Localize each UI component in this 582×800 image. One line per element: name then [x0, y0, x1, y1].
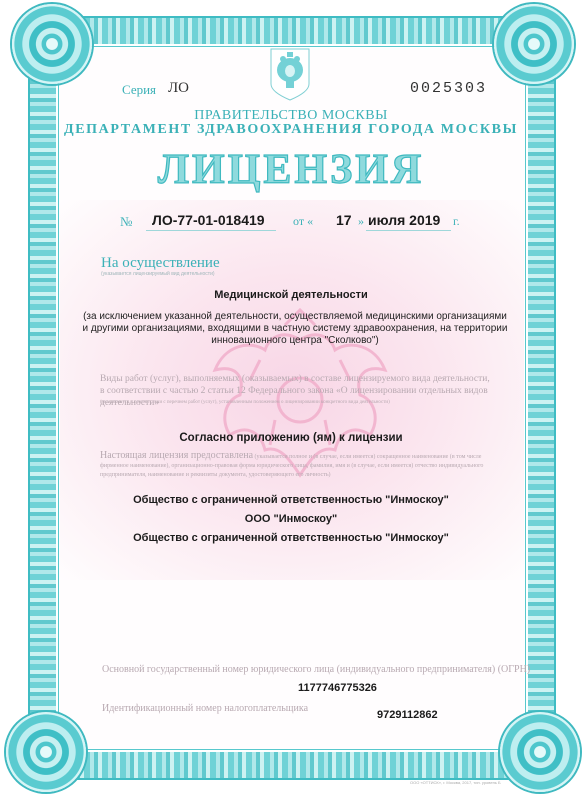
- license-title: ЛИЦЕНЗИЯ: [0, 146, 582, 194]
- inn-label: Идентификационный номер налогоплательщик…: [102, 703, 308, 714]
- activity-caption: (указывается лицензируемый вид деятельно…: [101, 271, 215, 277]
- org-short-name: ООО "Инмоскоу": [0, 513, 582, 525]
- issued-lead: Настоящая лицензия предоставлена: [100, 450, 253, 461]
- coat-of-arms-icon: [268, 46, 312, 102]
- series-label: Серия: [122, 82, 156, 98]
- ogrn-label: Основной государственный номер юридическ…: [102, 664, 530, 675]
- date-month-year: июля 2019: [368, 212, 440, 228]
- activity-label: На осуществление: [101, 255, 220, 272]
- inn-value: 9729112862: [377, 709, 438, 721]
- activity-title: Медицинской деятельности: [0, 289, 582, 301]
- issued-to-block: Настоящая лицензия предоставлена (указыв…: [100, 451, 495, 480]
- date-from-label: от «: [293, 214, 313, 229]
- date-day-close: »: [358, 214, 364, 229]
- corner-rosette-icon: [500, 712, 580, 792]
- date-suffix: г.: [453, 214, 460, 229]
- corner-rosette-icon: [12, 4, 92, 84]
- serial-number: 0025303: [410, 80, 487, 97]
- license-number: ЛО-77-01-018419: [152, 212, 265, 228]
- date-underline: [366, 230, 451, 231]
- activity-description: (за исключением указанной деятельности, …: [80, 311, 510, 347]
- org-full-name: Общество с ограниченной ответственностью…: [0, 494, 582, 506]
- number-label: №: [120, 214, 132, 230]
- corner-rosette-icon: [494, 4, 574, 84]
- works-caption: (указываются в соответствии с перечнем р…: [100, 400, 390, 405]
- department-title: ДЕПАРТАМЕНТ ЗДРАВООХРАНЕНИЯ ГОРОДА МОСКВ…: [0, 122, 582, 138]
- annex-title: Согласно приложению (ям) к лицензии: [0, 432, 582, 444]
- corner-rosette-icon: [6, 712, 86, 792]
- ogrn-value: 1177746775326: [298, 682, 377, 694]
- org-brand-name: Общество с ограниченной ответственностью…: [0, 532, 582, 544]
- license-document: Серия ЛО 0025303 ПРАВИТЕЛЬСТВО МОСКВЫ ДЕ…: [0, 0, 582, 800]
- printer-mark: ООО «ОТТИСК», г. Москва, 2017, тип. уров…: [410, 780, 501, 785]
- number-underline: [146, 230, 276, 231]
- date-day: 17: [336, 212, 352, 228]
- series-value: ЛО: [168, 80, 189, 97]
